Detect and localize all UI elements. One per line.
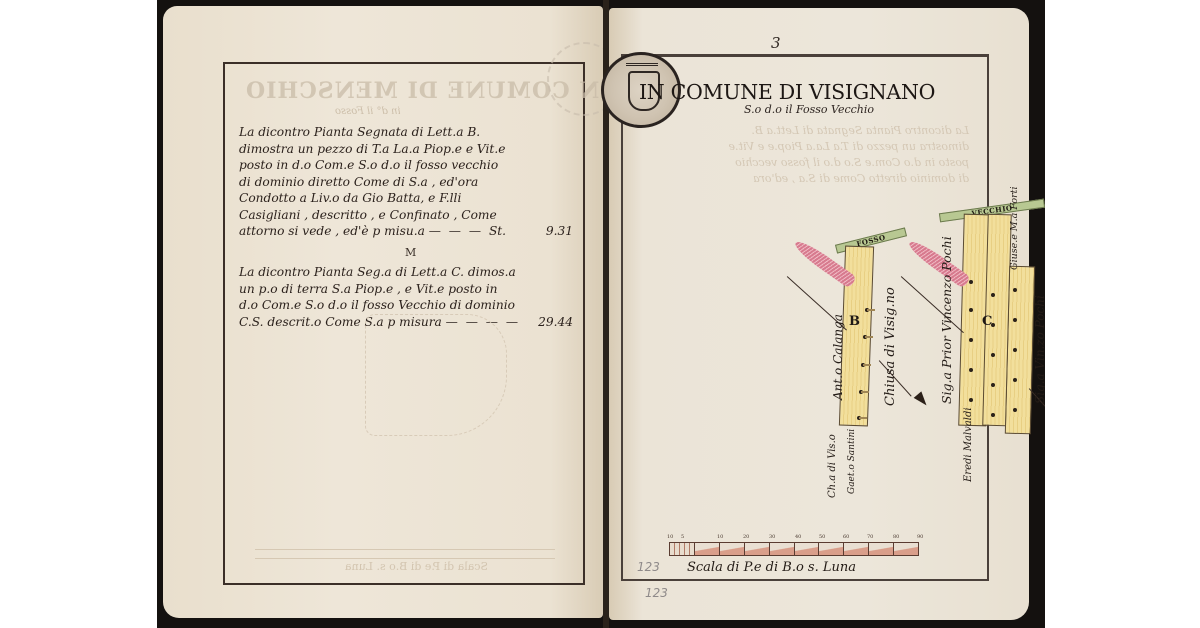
page-subtitle: S.o d.o il Fosso Vecchio bbox=[744, 103, 874, 116]
scale-segment bbox=[695, 542, 720, 556]
margin-mark: M bbox=[405, 246, 416, 259]
page-title: IN COMUNE DI VISIGNANO bbox=[639, 80, 935, 104]
entry-line: attorno si vede , ed'è p misu.a — — — St… bbox=[239, 223, 579, 240]
scale-segment bbox=[720, 542, 745, 556]
tree-mark bbox=[1013, 348, 1017, 352]
plot-c-letter: C bbox=[982, 314, 992, 329]
scale-segment bbox=[770, 542, 795, 556]
ghost-scale-bleedthrough bbox=[255, 549, 555, 559]
label-sig-prior-vincenzo-pochi: Sig.a Prior Vincenzo Pochi bbox=[939, 236, 954, 404]
scale-segment bbox=[844, 542, 869, 556]
tree-mark bbox=[991, 293, 995, 297]
entry-measure-value: 29.44 bbox=[538, 314, 573, 331]
tree-mark bbox=[969, 368, 973, 372]
entry-line: di dominio diretto Come di S.a , ed'ora bbox=[239, 174, 579, 191]
label-chiusa-visignano: Chiusa di Visig.no bbox=[883, 287, 898, 406]
entry-line: dimostra un pezzo di T.a La.a Piop.e e V… bbox=[239, 141, 579, 158]
entry-line: d.o Com.e S.o d.o il fosso Vecchio di do… bbox=[239, 297, 579, 314]
scale-segment bbox=[669, 542, 695, 556]
scale-segment bbox=[745, 542, 770, 556]
left-page-frame: IN COMUNE DI MENSCHIO in d° il Fosso La … bbox=[223, 62, 585, 585]
tree-mark bbox=[969, 308, 973, 312]
label-chiesa-visignano: Ch.a di Vis.o bbox=[827, 434, 838, 498]
entry-line: Casigliani , descritto , e Confinato , C… bbox=[239, 207, 579, 224]
entry-measure-value: 9.31 bbox=[546, 223, 573, 240]
page-number: 3 bbox=[771, 34, 781, 52]
ghost-subtitle-bleedthrough: in d° il Fosso bbox=[335, 106, 401, 117]
tree-mark bbox=[1013, 378, 1017, 382]
tree-mark bbox=[863, 364, 871, 366]
tree-mark bbox=[969, 398, 973, 402]
entry-line-text: attorno si vede , ed'è p misu.a bbox=[239, 224, 425, 238]
entry-line: La dicontro Pianta Seg.a di Lett.a C. di… bbox=[239, 264, 579, 281]
left-page: IN COMUNE DI MENSCHIO in d° il Fosso La … bbox=[163, 6, 603, 618]
scale-segment bbox=[819, 542, 844, 556]
ghost-plot-bleedthrough bbox=[365, 314, 507, 436]
label-eredi-malvaldi: Eredi Malvaldi bbox=[963, 407, 974, 482]
tree-mark bbox=[969, 280, 973, 284]
tree-mark bbox=[1013, 288, 1017, 292]
tree-mark bbox=[991, 323, 995, 327]
register-entry-b: La dicontro Pianta Segnata di Lett.a B. … bbox=[239, 124, 579, 240]
plot-b-letter: B bbox=[849, 314, 860, 329]
ghost-scale-label: Scala di P.e di B.o s. Luna bbox=[345, 560, 488, 573]
tree-mark bbox=[859, 417, 867, 419]
scale-label: Scala di P.e di B.o s. Luna bbox=[687, 560, 856, 575]
tree-mark bbox=[1013, 408, 1017, 412]
tree-mark bbox=[991, 383, 995, 387]
tree-mark bbox=[991, 353, 995, 357]
scale-segment bbox=[894, 542, 919, 556]
tree-mark bbox=[865, 336, 873, 338]
scale-segment bbox=[795, 542, 820, 556]
scale-tick-labels: 10 5 10 20 30 40 50 60 70 80 90 bbox=[667, 534, 927, 542]
tree-mark bbox=[867, 309, 875, 311]
label-sig-vin-pochi: Sig.a Vin.zo Pochi bbox=[1033, 295, 1045, 404]
label-ant-calanga: Ant.o Calanga bbox=[831, 314, 845, 400]
measure-abbreviation: St. bbox=[489, 224, 506, 238]
scale-bar bbox=[669, 542, 919, 556]
scanned-spread: IN COMUNE DI MENSCHIO in d° il Fosso La … bbox=[157, 0, 1045, 628]
tree-mark bbox=[969, 338, 973, 342]
plot-c-strip-3 bbox=[1005, 266, 1035, 435]
right-page: 3 La dicontro Pianta Segnata di Lett.a B… bbox=[609, 8, 1029, 620]
pencil-folio-number: 123 bbox=[645, 586, 668, 600]
ghost-text-bleedthrough: La dicontro Pianta Segnata di Lett.a B. … bbox=[629, 123, 969, 187]
entry-line: un p.o di terra S.a Piop.e , e Vit.e pos… bbox=[239, 281, 579, 298]
entry-line: La dicontro Pianta Segnata di Lett.a B. bbox=[239, 124, 579, 141]
scale-segment bbox=[869, 542, 894, 556]
pencil-folio-number: 123 bbox=[637, 560, 660, 574]
tree-mark bbox=[991, 413, 995, 417]
tree-mark bbox=[1013, 318, 1017, 322]
entry-line: posto in d.o Com.e S.o d.o il fosso vecc… bbox=[239, 157, 579, 174]
label-giuse-forti: Giuse.e M.a Forti bbox=[1009, 186, 1020, 270]
entry-line: Condotto a Liv.o da Gio Batta, e F.lli bbox=[239, 190, 579, 207]
label-gaet-santini: Gaet.o Santini bbox=[847, 429, 857, 494]
tree-mark bbox=[861, 391, 869, 393]
